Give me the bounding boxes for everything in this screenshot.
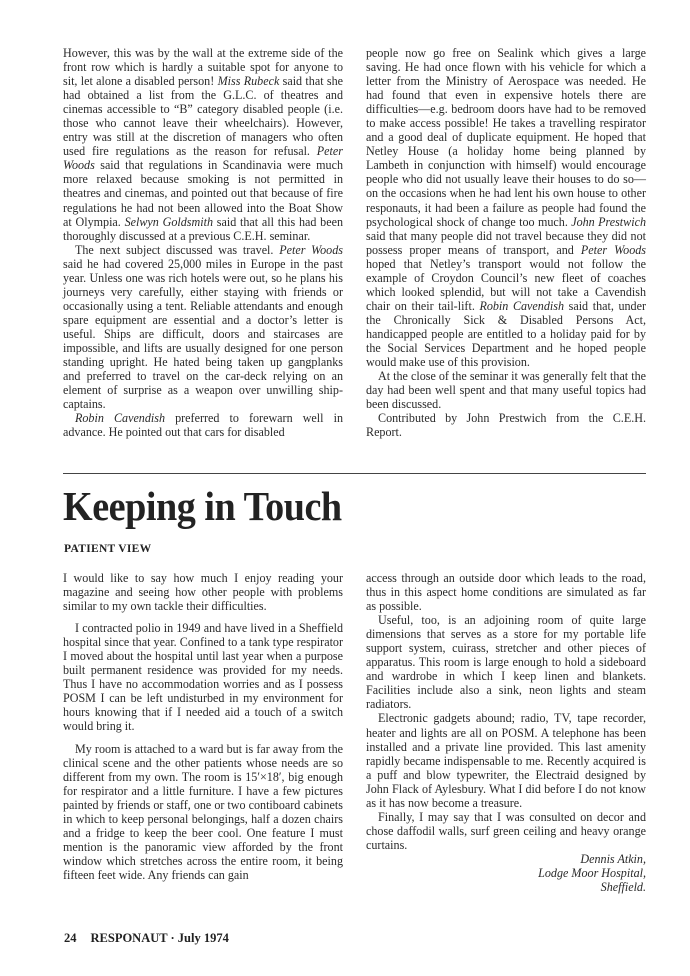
paragraph: I contracted polio in 1949 and have live…: [63, 621, 343, 733]
top-left-column: However, this was by the wall at the ext…: [63, 46, 343, 439]
paragraph: At the close of the seminar it was gener…: [366, 369, 646, 411]
paragraph: Useful, too, is an adjoining room of qui…: [366, 613, 646, 711]
speaker-name: Robin Cavendish: [479, 299, 564, 313]
paragraph: Finally, I may say that I was consulted …: [366, 810, 646, 852]
attribution: Contributed by John Prestwich from the C…: [366, 411, 646, 439]
speaker-name: Peter Woods: [581, 243, 646, 257]
speaker-name: Miss Rubeck: [218, 74, 280, 88]
article-title: Keeping in Touch: [63, 480, 342, 532]
paragraph: However, this was by the wall at the ext…: [63, 46, 343, 243]
article-subtitle: PATIENT VIEW: [64, 543, 151, 555]
page-footer: 24RESPONAUT · July 1974: [64, 931, 229, 946]
paragraph: I would like to say how much I enjoy rea…: [63, 571, 343, 613]
speaker-name: Selwyn Goldsmith: [125, 215, 213, 229]
speaker-name: Robin Cavendish: [75, 411, 165, 425]
paragraph: My room is attached to a ward but is far…: [63, 742, 343, 882]
speaker-name: John Prestwich: [571, 215, 646, 229]
publication-info: RESPONAUT · July 1974: [91, 931, 229, 945]
article-right-column: access through an outside door which lea…: [366, 571, 646, 894]
article-left-column: I would like to say how much I enjoy rea…: [63, 571, 343, 882]
paragraph: Robin Cavendish preferred to forewarn we…: [63, 411, 343, 439]
page-number: 24: [64, 931, 77, 945]
signature-name: Dennis Atkin,: [366, 852, 646, 866]
paragraph: Electronic gadgets abound; radio, TV, ta…: [366, 711, 646, 809]
signature-place: Lodge Moor Hospital,: [366, 866, 646, 880]
paragraph: access through an outside door which lea…: [366, 571, 646, 613]
paragraph: The next subject discussed was travel. P…: [63, 243, 343, 412]
top-right-column: people now go free on Sealink which give…: [366, 46, 646, 439]
speaker-name: Peter Woods: [279, 243, 343, 257]
section-divider: [63, 473, 646, 474]
paragraph: people now go free on Sealink which give…: [366, 46, 646, 369]
signature-city: Sheffield.: [366, 880, 646, 894]
